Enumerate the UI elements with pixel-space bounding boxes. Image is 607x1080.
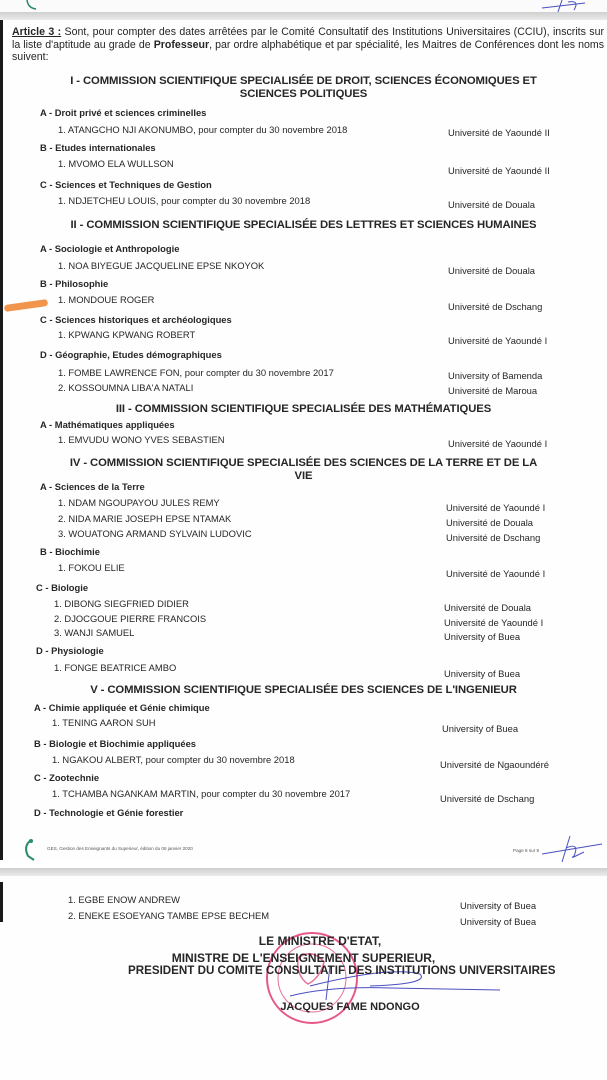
page-separator <box>0 868 607 876</box>
section-label: A - Sciences de la Terre <box>40 481 145 492</box>
person-name: 1. EMVUDU WONO YVES SEBASTIEN <box>58 434 225 445</box>
university: University of Buea <box>460 900 536 911</box>
person-name: 1. NGAKOU ALBERT, pour compter du 30 nov… <box>52 754 295 765</box>
person-name: 1. ATANGCHO NJI AKONUMBO, pour compter d… <box>58 124 347 135</box>
university: Université de Yaoundé I <box>446 502 545 513</box>
commission-title: SCIENCES POLITIQUES <box>0 88 607 100</box>
person-name: 1. EGBE ENOW ANDREW <box>68 894 180 905</box>
university: University of Buea <box>444 631 520 642</box>
signatory-title-line1: LE MINISTRE D'ETAT, <box>0 934 607 948</box>
commission-title: V - COMMISSION SCIENTIFIQUE SPECIALISÉE … <box>0 684 607 696</box>
person-name: 1. NDAM NGOUPAYOU JULES REMY <box>58 497 220 508</box>
person-name: 1. KPWANG KPWANG ROBERT <box>58 329 195 340</box>
logo-fragment-icon <box>24 0 40 10</box>
commission-title: II - COMMISSION SCIENTIFIQUE SPECIALISÉE… <box>0 219 607 231</box>
section-label: B - Etudes internationales <box>40 142 156 153</box>
person-name: 1. FONGE BEATRICE AMBO <box>54 662 176 673</box>
document-page-8: Article 3 : Sont, pour compter des dates… <box>0 20 607 860</box>
section-label: D - Technologie et Génie forestier <box>34 807 183 818</box>
person-name: 1. TCHAMBA NGANKAM MARTIN, pour compter … <box>52 788 350 799</box>
article-heading: Article 3 : <box>12 26 61 38</box>
university: Université de Yaoundé II <box>448 165 550 176</box>
scan-edge <box>0 20 3 860</box>
university: Université de Douala <box>444 602 531 613</box>
commission-title: IV - COMMISSION SCIENTIFIQUE SPECIALISÉE… <box>0 457 607 469</box>
section-label: B - Philosophie <box>40 278 108 289</box>
person-name: 1. NDJETCHEU LOUIS, pour compter du 30 n… <box>58 195 310 206</box>
section-label: C - Biologie <box>36 582 88 593</box>
person-name: 2. ENEKE ESOEYANG TAMBE EPSE BECHEM <box>68 910 269 921</box>
university: University of Buea <box>444 668 520 679</box>
university: Université de Yaoundé I <box>448 438 547 449</box>
person-name: 3. WOUATONG ARMAND SYLVAIN LUDOVIC <box>58 528 252 539</box>
section-label: D - Géographie, Etudes démographiques <box>40 349 222 360</box>
university: Université de Dschang <box>440 793 534 804</box>
person-name: 1. DIBONG SIEGFRIED DIDIER <box>54 598 189 609</box>
document-page-9: 1. EGBE ENOW ANDREW University of Buea 2… <box>0 876 607 1080</box>
signatory-title-line2: MINISTRE DE L'ENSEIGNEMENT SUPERIEUR, <box>0 951 607 965</box>
page-number: Page 8 sur 9 <box>513 848 539 853</box>
section-label: A - Sociologie et Anthropologie <box>40 243 179 254</box>
previous-page-bottom <box>0 0 607 12</box>
person-name-highlighted: 1. MONDOUE ROGER <box>58 294 154 305</box>
university: Université de Yaoundé II <box>448 127 550 138</box>
initials-fragment-icon <box>540 0 590 12</box>
person-name: 1. NOA BIYEGUE JACQUELINE EPSE NKOYOK <box>58 260 264 271</box>
person-name: 3. WANJI SAMUEL <box>54 627 134 638</box>
section-label: D - Physiologie <box>36 645 104 656</box>
person-name: 1. MVOMO ELA WULLSON <box>58 158 174 169</box>
article-paragraph: Article 3 : Sont, pour compter des dates… <box>12 26 604 64</box>
signatory-name: JACQUES FAME NDONGO <box>0 1001 607 1013</box>
page-separator <box>0 12 607 20</box>
university: Université de Dschang <box>448 301 542 312</box>
section-label: A - Chimie appliquée et Génie chimique <box>34 702 210 713</box>
university: Université de Yaoundé I <box>446 568 545 579</box>
person-name: 2. DJOCGOUE PIERRE FRANCOIS <box>54 613 206 624</box>
university: Université de Maroua <box>448 385 537 396</box>
university: University of Bamenda <box>448 370 542 381</box>
section-label: A - Mathématiques appliquées <box>40 419 175 430</box>
person-name: 2. KOSSOUMNA LIBA'A NATALI <box>58 382 193 393</box>
university: Université de Yaoundé I <box>444 617 543 628</box>
signatory-title-line3: PRESIDENT DU COMITE CONSULTATIF DES INST… <box>128 964 555 977</box>
university: Université de Yaoundé I <box>448 335 547 346</box>
section-label: A - Droit privé et sciences criminelles <box>40 107 206 118</box>
university: Université de Douala <box>448 265 535 276</box>
ges-logo-icon <box>20 838 42 862</box>
university: University of Buea <box>442 723 518 734</box>
section-label: C - Sciences et Techniques de Gestion <box>40 179 212 190</box>
commission-title: III - COMMISSION SCIENTIFIQUE SPECIALISÉ… <box>0 403 607 415</box>
initials-signature-icon <box>540 832 606 862</box>
university: Université de Douala <box>448 199 535 210</box>
scan-edge <box>0 882 3 922</box>
person-name: 2. NIDA MARIE JOSEPH EPSE NTAMAK <box>58 513 231 524</box>
section-label: C - Sciences historiques et archéologiqu… <box>40 314 232 325</box>
university: Université de Ngaoundéré <box>440 759 549 770</box>
person-name: 1. FOKOU ELIE <box>58 562 125 573</box>
section-label: B - Biochimie <box>40 546 100 557</box>
person-name: 1. TENING AARON SUH <box>52 717 156 728</box>
footer-edition-text: GES, Gestion des Enseignants du Superieu… <box>47 846 193 851</box>
university: Université de Douala <box>446 517 533 528</box>
section-label: B - Biologie et Biochimie appliquées <box>34 738 196 749</box>
section-label: C - Zootechnie <box>34 772 99 783</box>
university: Université de Dschang <box>446 532 540 543</box>
commission-title: I - COMMISSION SCIENTIFIQUE SPECIALISÉE … <box>0 75 607 87</box>
university: University of Buea <box>460 916 536 927</box>
person-name: 1. FOMBE LAWRENCE FON, pour compter du 3… <box>58 367 334 378</box>
